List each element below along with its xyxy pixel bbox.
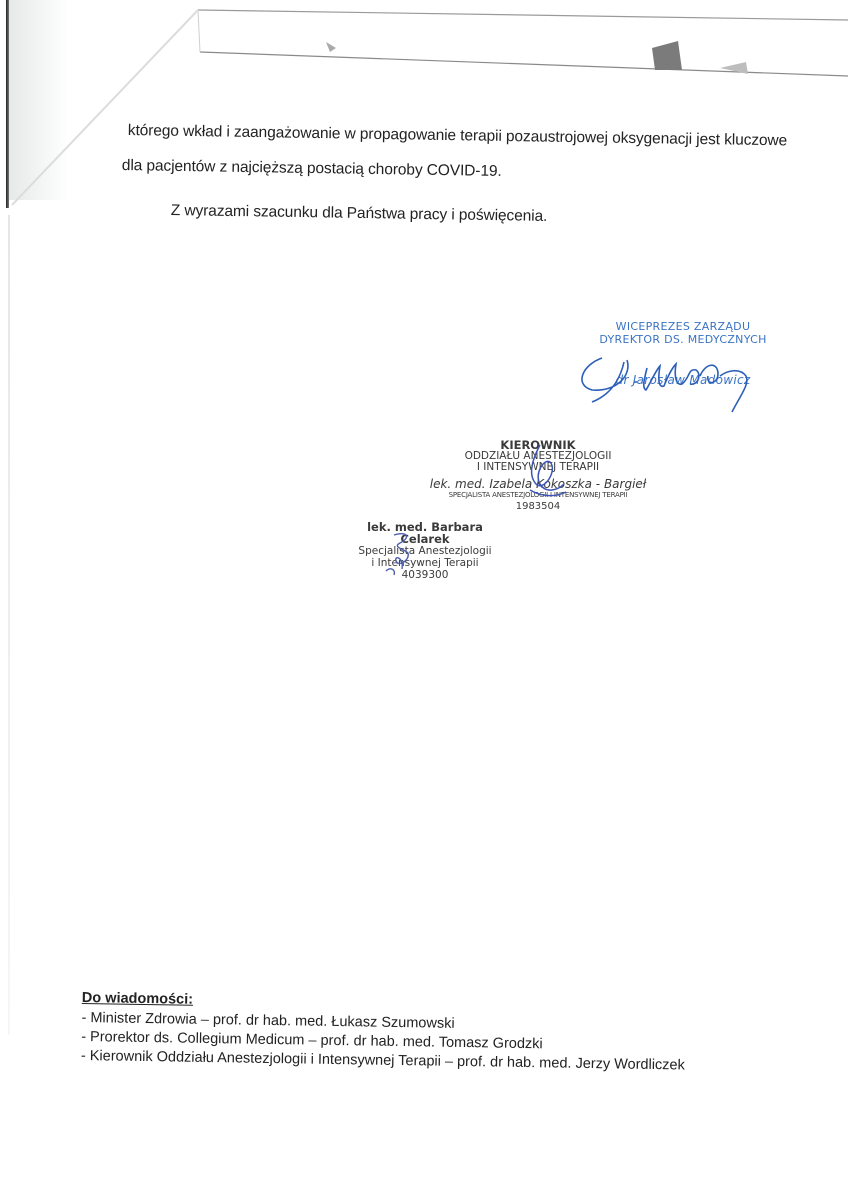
distribution-list: Do wiadomości: - Minister Zdrowia – prof… [81, 990, 686, 1075]
scan-edge-faint [8, 215, 10, 1035]
folded-paper-artifact [0, 0, 848, 240]
signature-kokoszka [510, 440, 580, 505]
signature-madowicz [572, 340, 772, 420]
signature-celarek [380, 527, 430, 582]
stamp-line: WICEPREZES ZARZĄDU [583, 320, 783, 333]
